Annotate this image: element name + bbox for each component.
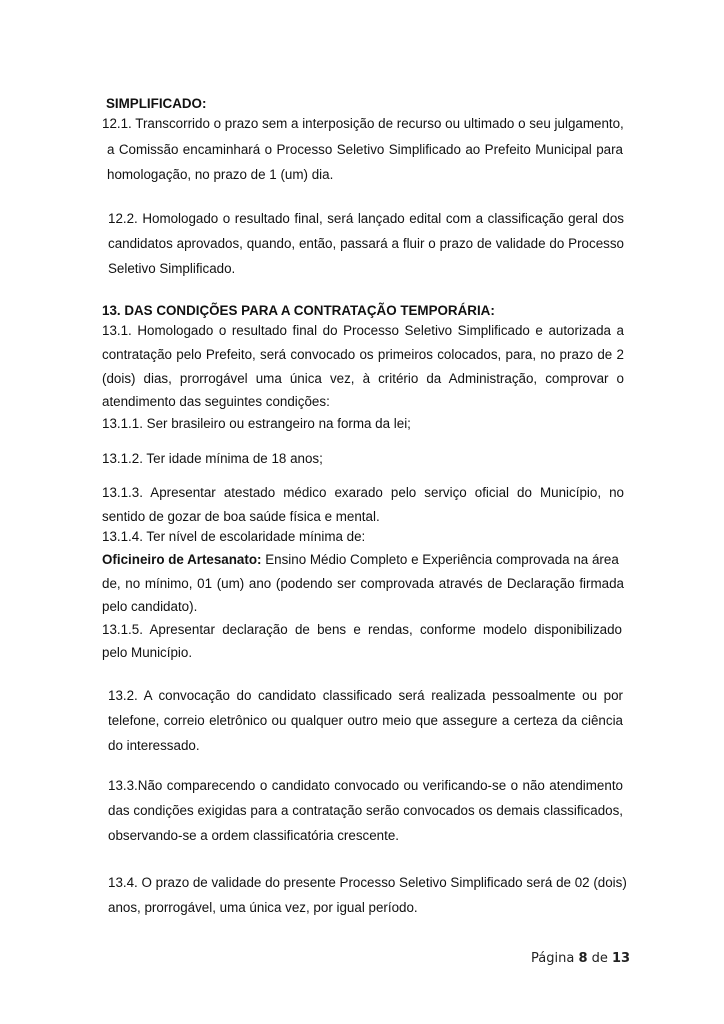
paragraph-13-4-line-2: anos, prorrogável, uma única vez, por ig… [108, 900, 418, 916]
role-name: Oficineiro de Artesanato: [102, 552, 261, 567]
paragraph-13-1-3-line-1: 13.1.3. Apresentar atestado médico exara… [102, 485, 624, 501]
paragraph-13-2-line-3: do interessado. [108, 738, 200, 754]
paragraph-12-1-line-1: 12.1. Transcorrido o prazo sem a interpo… [102, 116, 623, 132]
paragraph-13-1-line-4: atendimento das seguintes condições: [102, 394, 330, 410]
paragraph-13-1-5-line-2: pelo Município. [102, 645, 192, 661]
paragraph-12-2-line-1: 12.2. Homologado o resultado final, será… [108, 211, 624, 227]
paragraph-12-2-line-2: candidatos aprovados, quando, então, pas… [108, 236, 624, 252]
paragraph-13-1-line-3: (dois) dias, prorrogável uma única vez, … [102, 371, 624, 387]
page-label: Página [531, 951, 574, 966]
paragraph-13-1-2: 13.1.2. Ter idade mínima de 18 anos; [102, 451, 323, 467]
paragraph-oficineiro-line-2: de, no mínimo, 01 (um) ano (podendo ser … [102, 576, 624, 592]
paragraph-13-1-1: 13.1.1. Ser brasileiro ou estrangeiro na… [102, 416, 411, 432]
document-page: SIMPLIFICADO: 12.1. Transcorrido o prazo… [0, 0, 724, 1024]
paragraph-oficineiro-line-3: pelo candidato). [102, 599, 197, 615]
paragraph-13-2-line-2: telefone, correio eletrônico ou qualquer… [108, 713, 623, 729]
paragraph-13-3-line-2: das condições exigidas para a contrataçã… [108, 803, 623, 819]
paragraph-13-1-4: 13.1.4. Ter nível de escolaridade mínima… [102, 529, 365, 545]
paragraph-13-1-5-line-1: 13.1.5. Apresentar declaração de bens e … [102, 622, 622, 638]
total-pages: 13 [612, 951, 630, 966]
paragraph-13-1-line-2: contratação pelo Prefeito, será convocad… [102, 347, 624, 363]
current-page: 8 [578, 951, 587, 966]
paragraph-13-1-line-1: 13.1. Homologado o resultado final do Pr… [102, 323, 624, 339]
paragraph-13-4-line-1: 13.4. O prazo de validade do presente Pr… [108, 875, 623, 891]
section-heading-simplificado: SIMPLIFICADO: [106, 96, 206, 112]
paragraph-13-3-line-3: observando-se a ordem classificatória cr… [108, 828, 399, 844]
page-number-footer: Página 8 de 13 [531, 951, 630, 966]
paragraph-12-1-line-2: a Comissão encaminhará o Processo Seleti… [107, 142, 623, 158]
role-requirement: Ensino Médio Completo e Experiência comp… [261, 552, 618, 567]
paragraph-13-1-3-line-2: sentido de gozar de boa saúde física e m… [102, 509, 380, 525]
paragraph-13-2-line-1: 13.2. A convocação do candidato classifi… [108, 688, 623, 704]
section-heading-13: 13. DAS CONDIÇÕES PARA A CONTRATAÇÃO TEM… [102, 303, 495, 319]
paragraph-12-2-line-3: Seletivo Simplificado. [108, 261, 235, 277]
paragraph-12-1-line-3: homologação, no prazo de 1 (um) dia. [107, 167, 333, 183]
paragraph-13-3-line-1: 13.3.Não comparecendo o candidato convoc… [108, 778, 623, 794]
of-label: de [592, 951, 608, 966]
paragraph-oficineiro-line-1: Oficineiro de Artesanato: Ensino Médio C… [102, 552, 624, 568]
